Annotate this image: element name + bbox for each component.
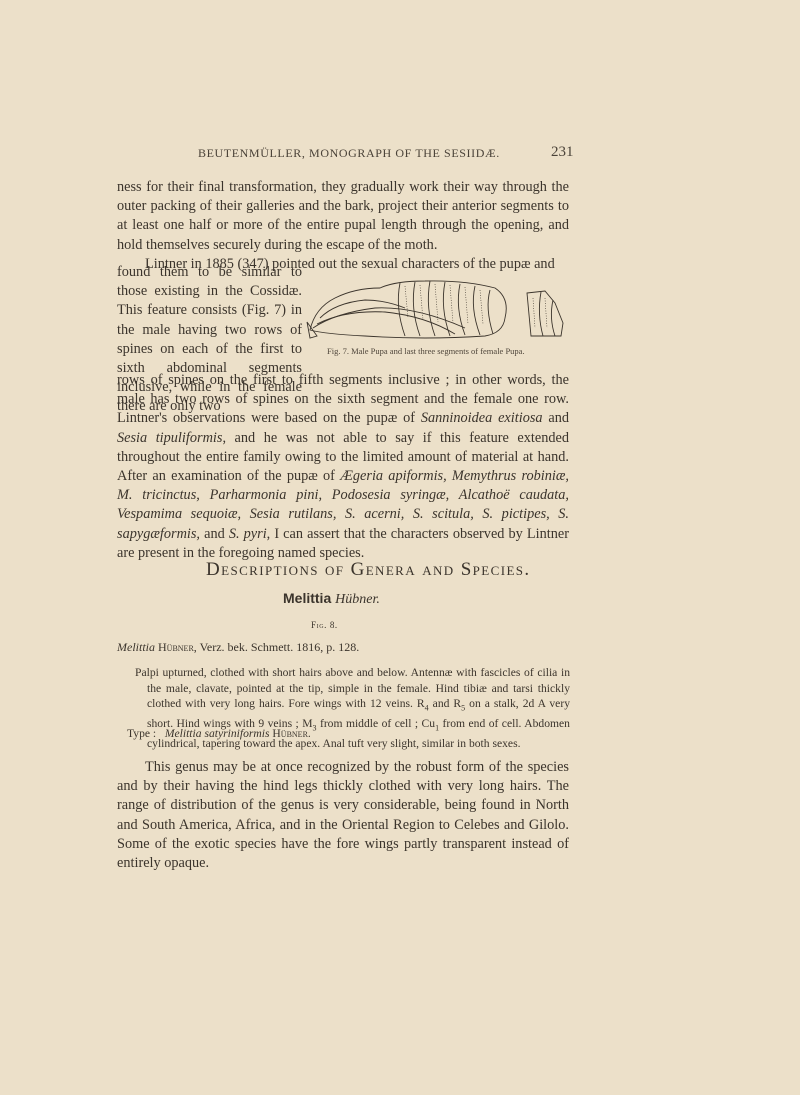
citation-reference: , Verz. bek. Schmett. 1816, p. 128. [194, 640, 359, 654]
citation-author: Hübner [158, 640, 194, 654]
page-number: 231 [551, 144, 574, 161]
genus-name: Melittia [283, 590, 331, 606]
figure-8-label: Fig. 8. [311, 620, 338, 630]
paragraph-text: rows of spines on the first to fifth seg… [117, 371, 569, 563]
genus-citation: Melittia Hübner, Verz. bek. Schmett. 181… [117, 640, 359, 655]
paragraph-text: ness for their final transformation, the… [117, 178, 569, 255]
type-species-line: Type : Melittia satyriniformis Hübner. [127, 727, 311, 740]
paragraph-genus-remarks: This genus may be at once recognized by … [117, 758, 569, 873]
species-name: Sesia tipuliformis [117, 430, 222, 446]
type-label: Type : [127, 727, 156, 740]
genus-author: Hübner. [335, 592, 380, 607]
type-author: Hübner. [272, 727, 310, 740]
paragraph-lintner-continued: rows of spines on the first to fifth seg… [117, 371, 569, 563]
type-species: Melittia satyriniformis [165, 727, 270, 740]
figure-7-caption: Fig. 7. Male Pupa and last three segment… [327, 346, 525, 356]
section-heading: Descriptions of Genera and Species. [206, 559, 606, 581]
citation-genus: Melittia [117, 640, 155, 654]
figure-7-pupa-illustration [305, 278, 575, 340]
paragraph-text: This genus may be at once recognized by … [117, 758, 569, 873]
running-head: BEUTENMÜLLER, MONOGRAPH OF THE SESIIDÆ. [198, 146, 538, 161]
paragraph-intro: ness for their final transformation, the… [117, 178, 569, 274]
document-page: BEUTENMÜLLER, MONOGRAPH OF THE SESIIDÆ. … [0, 0, 800, 1095]
genus-heading: Melittia Hübner. [283, 590, 380, 608]
species-name: Sanninoidea exitiosa [421, 410, 543, 426]
species-name: S. pyri [229, 526, 267, 542]
